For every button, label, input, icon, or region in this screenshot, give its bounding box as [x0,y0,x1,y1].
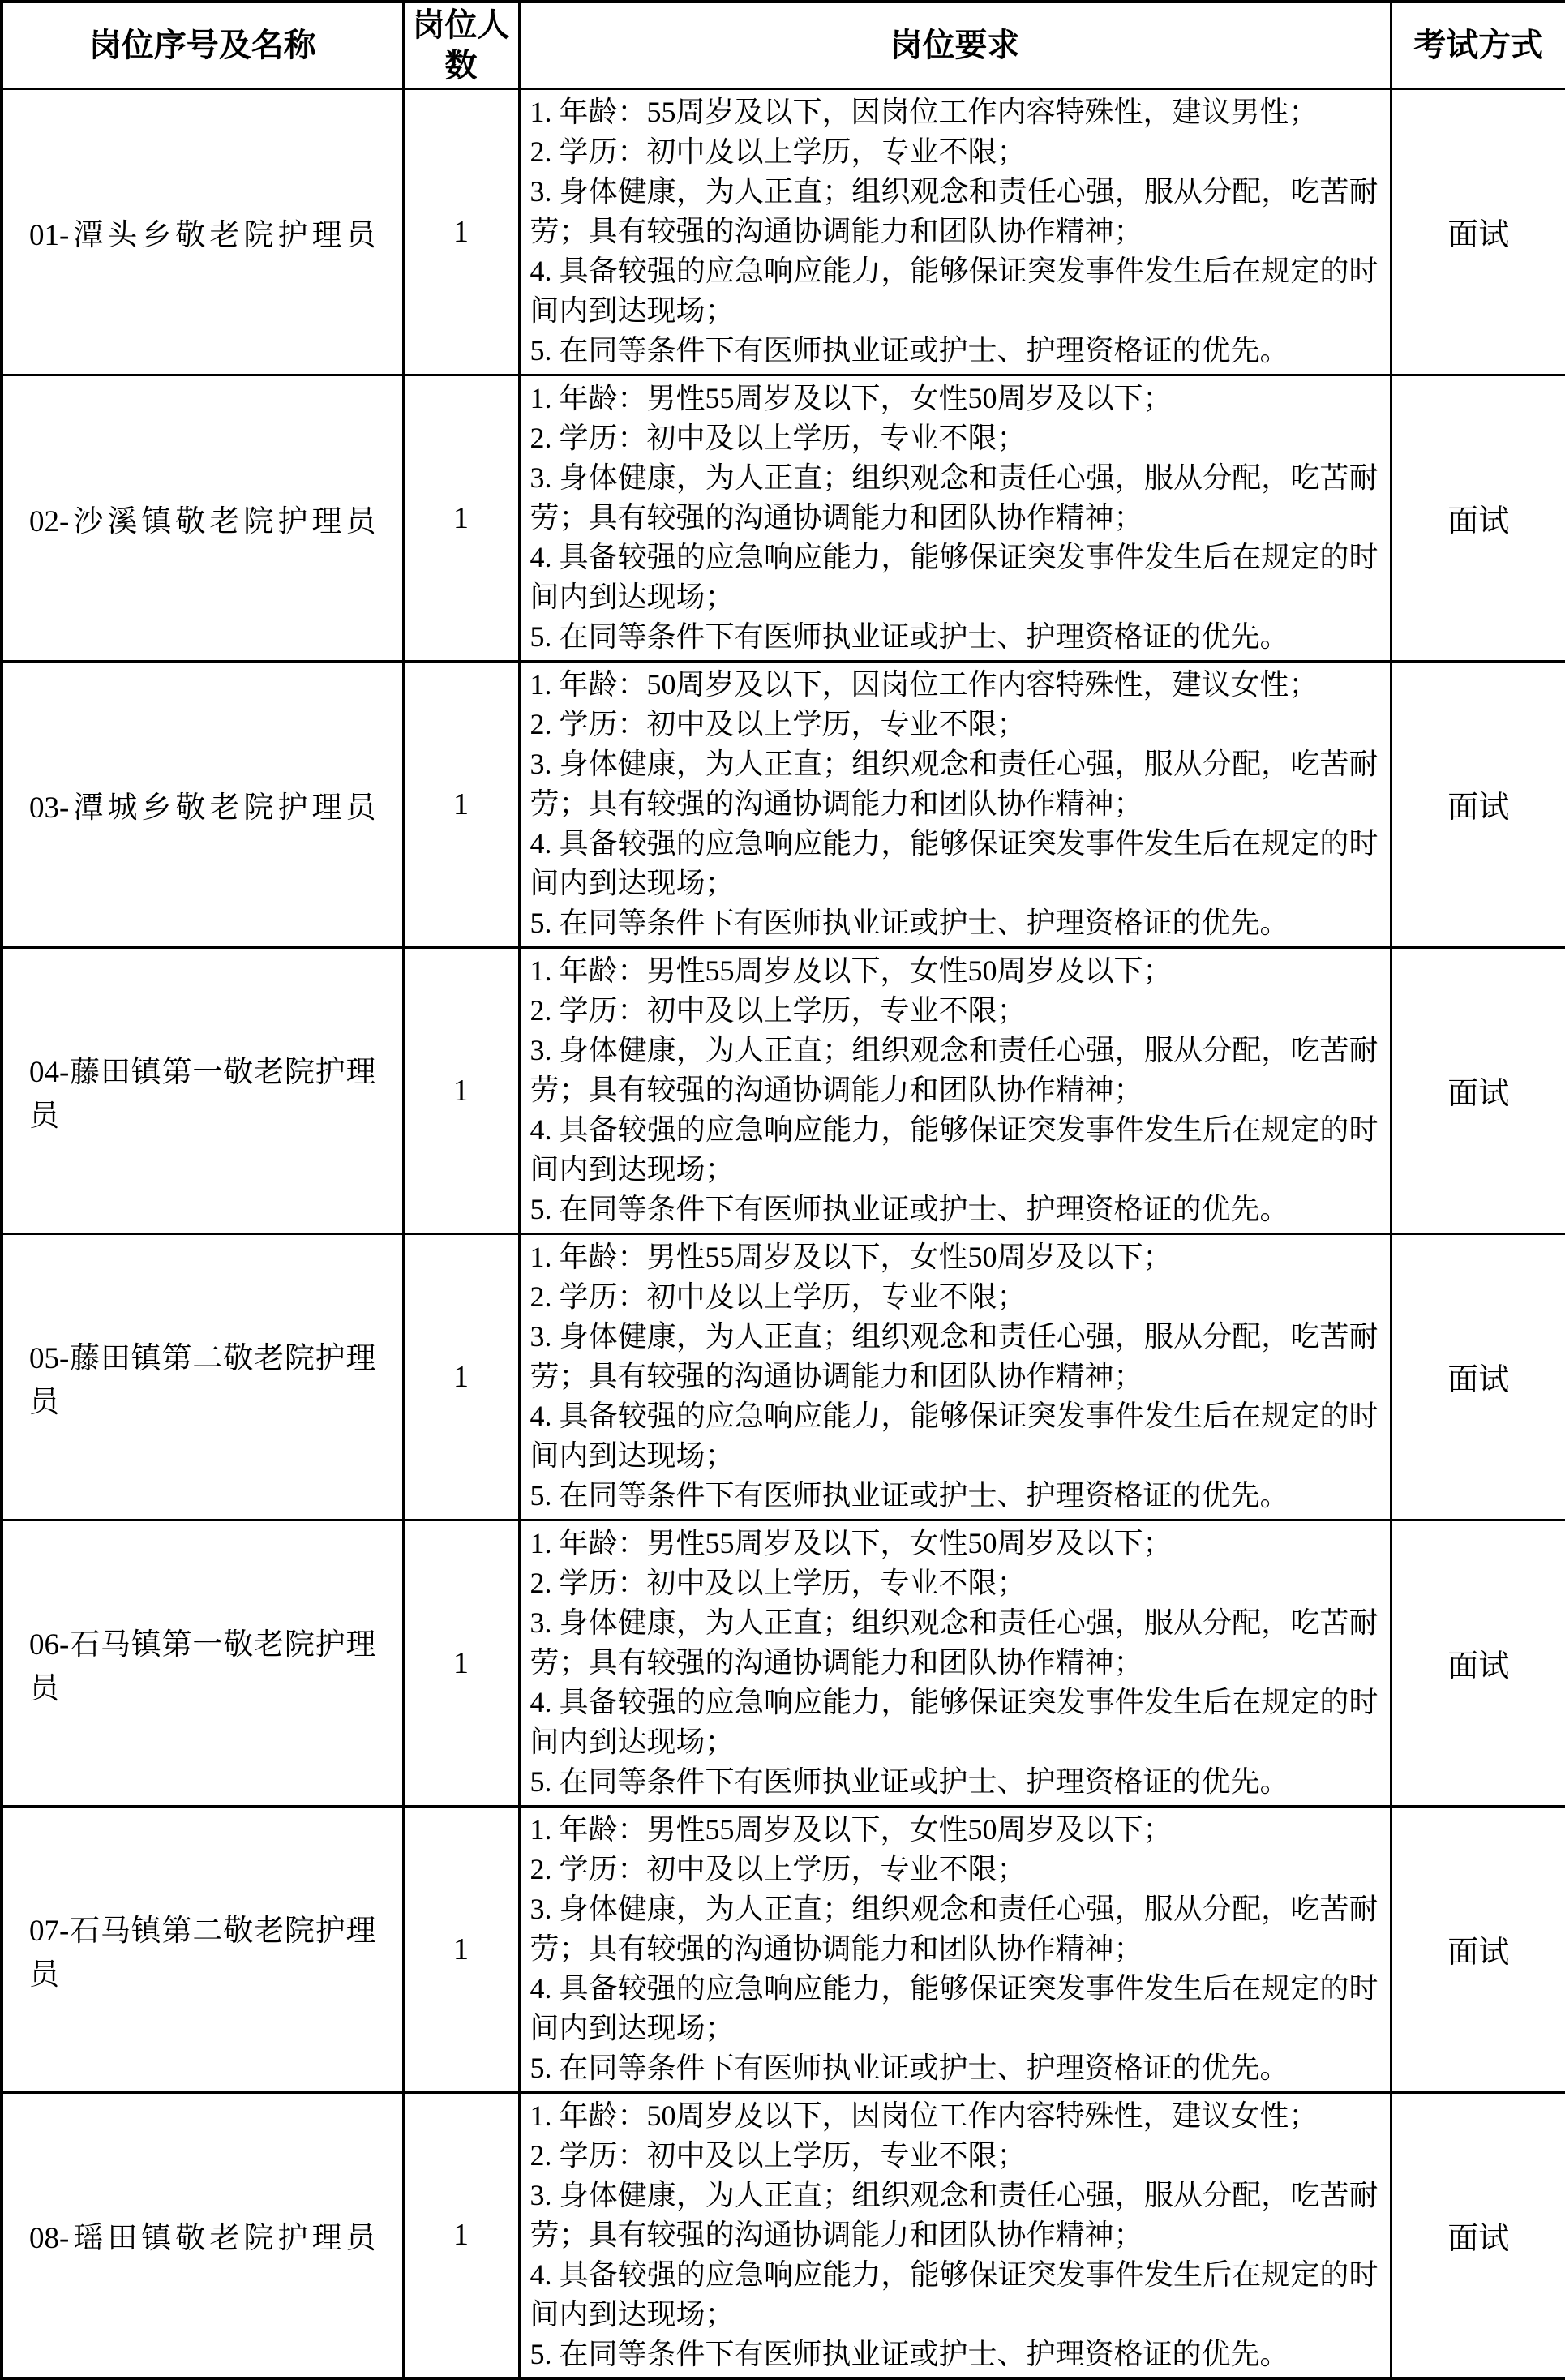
requirement-item: 3. 身体健康，为人正直；组织观念和责任心强，服从分配，吃苦耐劳；具有较强的沟通… [530,458,1378,538]
requirements-cell: 1. 年龄：50周岁及以下，因岗位工作内容特殊性，建议女性； 2. 学历：初中及… [519,661,1391,947]
exam-method-cell: 面试 [1391,1520,1565,1806]
requirement-item: 3. 身体健康，为人正直；组织观念和责任心强，服从分配，吃苦耐劳；具有较强的沟通… [530,744,1378,824]
requirement-item: 1. 年龄：55周岁及以下，因岗位工作内容特殊性，建议男性； [530,92,1378,132]
requirement-item: 3. 身体健康，为人正直；组织观念和责任心强，服从分配，吃苦耐劳；具有较强的沟通… [530,172,1378,251]
requirement-item: 5. 在同等条件下有医师执业证或护士、护理资格证的优先。 [530,2048,1378,2088]
table-row: 06-石马镇第一敬老院护理员 1 1. 年龄：男性55周岁及以下，女性50周岁及… [2,1520,1565,1806]
requirement-item: 4. 具备较强的应急响应能力，能够保证突发事件发生后在规定的时间内到达现场； [530,1396,1378,1476]
requirement-item: 1. 年龄：男性55周岁及以下，女性50周岁及以下； [530,1237,1378,1277]
requirements-cell: 1. 年龄：男性55周岁及以下，女性50周岁及以下； 2. 学历：初中及以上学历… [519,1520,1391,1806]
requirement-item: 2. 学历：初中及以上学历，专业不限； [530,132,1378,172]
requirements-cell: 1. 年龄：男性55周岁及以下，女性50周岁及以下； 2. 学历：初中及以上学历… [519,947,1391,1233]
requirement-item: 5. 在同等条件下有医师执业证或护士、护理资格证的优先。 [530,617,1378,657]
table-row: 04-藤田镇第一敬老院护理员 1 1. 年龄：男性55周岁及以下，女性50周岁及… [2,947,1565,1233]
position-name-cell: 08-瑶田镇敬老院护理员 [2,2092,403,2378]
exam-method-cell: 面试 [1391,1233,1565,1520]
header-exam-method: 考试方式 [1391,2,1565,88]
position-name: 04-藤田镇第一敬老院护理员 [29,1047,376,1134]
headcount-cell: 1 [403,1520,519,1806]
position-name-cell: 06-石马镇第一敬老院护理员 [2,1520,403,1806]
requirement-item: 1. 年龄：男性55周岁及以下，女性50周岁及以下； [530,379,1378,418]
requirement-item: 1. 年龄：男性55周岁及以下，女性50周岁及以下； [530,1524,1378,1563]
exam-method-cell: 面试 [1391,947,1565,1233]
requirement-item: 2. 学历：初中及以上学历，专业不限； [530,418,1378,458]
requirement-item: 4. 具备较强的应急响应能力，能够保证突发事件发生后在规定的时间内到达现场； [530,1683,1378,1762]
requirement-item: 3. 身体健康，为人正直；组织观念和责任心强，服从分配，吃苦耐劳；具有较强的沟通… [530,1031,1378,1110]
job-positions-table: 岗位序号及名称 岗位人数 岗位要求 考试方式 01-潭头乡敬老院护理员 1 1.… [0,0,1565,2380]
requirement-item: 4. 具备较强的应急响应能力，能够保证突发事件发生后在规定的时间内到达现场； [530,824,1378,903]
position-name: 08-瑶田镇敬老院护理员 [29,2213,376,2257]
table-body: 01-潭头乡敬老院护理员 1 1. 年龄：55周岁及以下，因岗位工作内容特殊性，… [2,88,1565,2378]
requirement-item: 4. 具备较强的应急响应能力，能够保证突发事件发生后在规定的时间内到达现场； [530,1110,1378,1190]
position-name-cell: 04-藤田镇第一敬老院护理员 [2,947,403,1233]
position-name: 03-潭城乡敬老院护理员 [29,783,376,826]
position-name: 07-石马镇第二敬老院护理员 [29,1906,376,1993]
requirement-item: 2. 学历：初中及以上学历，专业不限； [530,1277,1378,1317]
requirement-item: 2. 学历：初中及以上学历，专业不限； [530,991,1378,1031]
position-name-cell: 02-沙溪镇敬老院护理员 [2,375,403,661]
exam-method-cell: 面试 [1391,1806,1565,2092]
requirements-cell: 1. 年龄：55周岁及以下，因岗位工作内容特殊性，建议男性； 2. 学历：初中及… [519,88,1391,375]
requirement-item: 1. 年龄：男性55周岁及以下，女性50周岁及以下； [530,1810,1378,1850]
table-row: 05-藤田镇第二敬老院护理员 1 1. 年龄：男性55周岁及以下，女性50周岁及… [2,1233,1565,1520]
requirement-item: 2. 学历：初中及以上学历，专业不限； [530,1850,1378,1889]
position-name-cell: 03-潭城乡敬老院护理员 [2,661,403,947]
position-name-cell: 05-藤田镇第二敬老院护理员 [2,1233,403,1520]
requirement-item: 5. 在同等条件下有医师执业证或护士、护理资格证的优先。 [530,331,1378,371]
position-name-cell: 01-潭头乡敬老院护理员 [2,88,403,375]
position-name-cell: 07-石马镇第二敬老院护理员 [2,1806,403,2092]
requirement-item: 5. 在同等条件下有医师执业证或护士、护理资格证的优先。 [530,2335,1378,2374]
requirement-item: 3. 身体健康，为人正直；组织观念和责任心强，服从分配，吃苦耐劳；具有较强的沟通… [530,1603,1378,1683]
requirements-cell: 1. 年龄：男性55周岁及以下，女性50周岁及以下； 2. 学历：初中及以上学历… [519,375,1391,661]
requirement-item: 3. 身体健康，为人正直；组织观念和责任心强，服从分配，吃苦耐劳；具有较强的沟通… [530,1889,1378,1969]
requirement-item: 5. 在同等条件下有医师执业证或护士、护理资格证的优先。 [530,903,1378,943]
requirement-item: 3. 身体健康，为人正直；组织观念和责任心强，服从分配，吃苦耐劳；具有较强的沟通… [530,2176,1378,2255]
requirement-item: 1. 年龄：男性55周岁及以下，女性50周岁及以下； [530,951,1378,991]
requirements-cell: 1. 年龄：男性55周岁及以下，女性50周岁及以下； 2. 学历：初中及以上学历… [519,1806,1391,2092]
table-row: 01-潭头乡敬老院护理员 1 1. 年龄：55周岁及以下，因岗位工作内容特殊性，… [2,88,1565,375]
position-name: 01-潭头乡敬老院护理员 [29,210,376,254]
requirements-cell: 1. 年龄：男性55周岁及以下，女性50周岁及以下； 2. 学历：初中及以上学历… [519,1233,1391,1520]
exam-method-cell: 面试 [1391,88,1565,375]
headcount-cell: 1 [403,2092,519,2378]
requirement-item: 4. 具备较强的应急响应能力，能够保证突发事件发生后在规定的时间内到达现场； [530,251,1378,331]
requirement-item: 1. 年龄：50周岁及以下，因岗位工作内容特殊性，建议女性； [530,2096,1378,2136]
table-row: 07-石马镇第二敬老院护理员 1 1. 年龄：男性55周岁及以下，女性50周岁及… [2,1806,1565,2092]
exam-method-cell: 面试 [1391,661,1565,947]
header-headcount: 岗位人数 [403,2,519,88]
table-row: 08-瑶田镇敬老院护理员 1 1. 年龄：50周岁及以下，因岗位工作内容特殊性，… [2,2092,1565,2378]
headcount-cell: 1 [403,375,519,661]
header-row: 岗位序号及名称 岗位人数 岗位要求 考试方式 [2,2,1565,88]
position-name: 06-石马镇第一敬老院护理员 [29,1619,376,1707]
requirement-item: 4. 具备较强的应急响应能力，能够保证突发事件发生后在规定的时间内到达现场； [530,538,1378,617]
requirement-item: 5. 在同等条件下有医师执业证或护士、护理资格证的优先。 [530,1476,1378,1516]
header-position-name: 岗位序号及名称 [2,2,403,88]
headcount-cell: 1 [403,947,519,1233]
requirement-item: 4. 具备较强的应急响应能力，能够保证突发事件发生后在规定的时间内到达现场； [530,2255,1378,2335]
requirement-item: 3. 身体健康，为人正直；组织观念和责任心强，服从分配，吃苦耐劳；具有较强的沟通… [530,1317,1378,1396]
requirement-item: 4. 具备较强的应急响应能力，能够保证突发事件发生后在规定的时间内到达现场； [530,1969,1378,2048]
requirements-cell: 1. 年龄：50周岁及以下，因岗位工作内容特殊性，建议女性； 2. 学历：初中及… [519,2092,1391,2378]
headcount-cell: 1 [403,1233,519,1520]
headcount-cell: 1 [403,661,519,947]
requirement-item: 5. 在同等条件下有医师执业证或护士、护理资格证的优先。 [530,1190,1378,1229]
requirement-item: 2. 学历：初中及以上学历，专业不限； [530,705,1378,744]
header-requirements: 岗位要求 [519,2,1391,88]
headcount-cell: 1 [403,1806,519,2092]
requirement-item: 2. 学历：初中及以上学历，专业不限； [530,2136,1378,2176]
position-name: 05-藤田镇第二敬老院护理员 [29,1333,376,1421]
requirement-item: 5. 在同等条件下有医师执业证或护士、护理资格证的优先。 [530,1762,1378,1802]
table-row: 03-潭城乡敬老院护理员 1 1. 年龄：50周岁及以下，因岗位工作内容特殊性，… [2,661,1565,947]
requirement-item: 2. 学历：初中及以上学历，专业不限； [530,1563,1378,1603]
exam-method-cell: 面试 [1391,375,1565,661]
table-row: 02-沙溪镇敬老院护理员 1 1. 年龄：男性55周岁及以下，女性50周岁及以下… [2,375,1565,661]
exam-method-cell: 面试 [1391,2092,1565,2378]
requirement-item: 1. 年龄：50周岁及以下，因岗位工作内容特殊性，建议女性； [530,665,1378,705]
headcount-cell: 1 [403,88,519,375]
position-name: 02-沙溪镇敬老院护理员 [29,496,376,540]
